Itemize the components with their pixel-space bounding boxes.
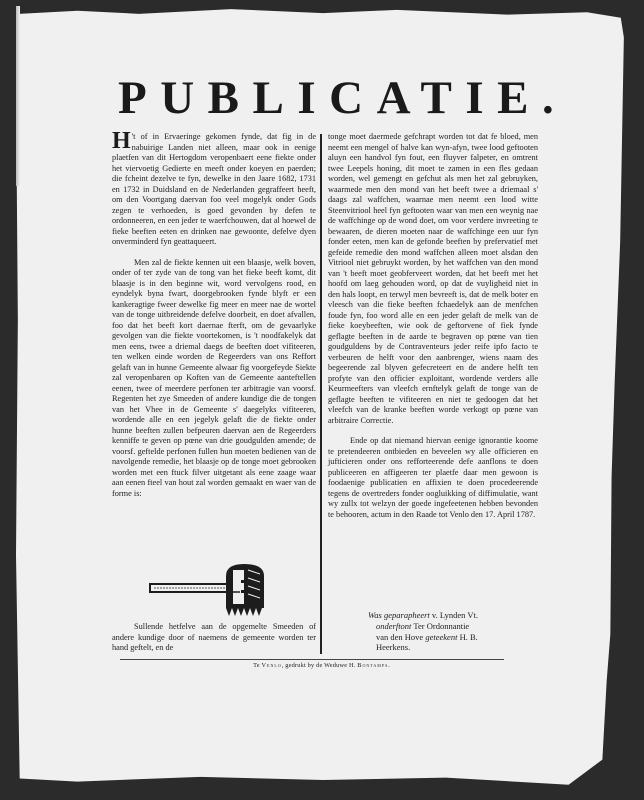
paragraph-text: of in Ervaeringe gekomen fynde, dat fig …: [112, 132, 316, 246]
column-divider: [320, 134, 322, 654]
right-column: tonge moet daermede gefchrapt worden tot…: [328, 132, 538, 520]
signature-under-label: onderftont: [376, 621, 411, 631]
scraper-distribution-paragraph: Sullende hetfelve aan de opgemelte Smeed…: [112, 622, 316, 654]
dropcap-letter: H: [112, 132, 131, 150]
signature-line-3: van den Hove geteekent H. B.: [368, 632, 536, 643]
page-title: PUBLICATIE.: [118, 75, 543, 122]
tongue-scraper-tool-icon: [148, 562, 268, 620]
enactment-paragraph: Ende op dat niemand hiervan eenige ignor…: [328, 436, 538, 520]
signature-court: van den Hove: [376, 632, 425, 642]
imprint-printer: Bontamps.: [357, 662, 391, 669]
signature-paraphed-name: v. Lynden Vt.: [430, 610, 478, 620]
dropcap-prefix: 't: [132, 132, 136, 141]
printer-imprint: Te Venlo, gedrukt by de Weduwe H. Bontam…: [0, 662, 644, 669]
signature-signed-label: geteekent: [425, 632, 457, 642]
signature-line-4: Heerkens.: [368, 642, 536, 653]
left-column: 't H of in Ervaeringe gekomen fynde, dat…: [112, 132, 316, 499]
signature-ordonnantie: Ter Ordonnantie: [411, 621, 469, 631]
imprint-middle: , gedrukt by de Weduwe H.: [282, 662, 358, 669]
imprint-city: Venlo: [262, 662, 282, 669]
imprint-prefix: Te: [253, 662, 261, 669]
signature-initials: H. B.: [457, 632, 477, 642]
paper-edge-shadow: [16, 6, 20, 186]
bottom-rule: [120, 659, 504, 660]
signature-paraphed-label: Was geparapheert: [368, 610, 430, 620]
left-column-closing: Sullende hetfelve aan de opgemelte Smeed…: [112, 622, 316, 654]
signature-line-1: Was geparapheert v. Lynden Vt.: [368, 610, 536, 621]
signature-line-2: onderftont Ter Ordonnantie: [368, 621, 536, 632]
remedy-paragraph: tonge moet daermede gefchrapt worden tot…: [328, 132, 538, 426]
symptoms-paragraph: Men zal de fiekte kennen uit een blaasje…: [112, 258, 316, 500]
signature-block: Was geparapheert v. Lynden Vt. onderfton…: [368, 610, 536, 653]
opening-paragraph: 't H of in Ervaeringe gekomen fynde, dat…: [112, 132, 316, 248]
